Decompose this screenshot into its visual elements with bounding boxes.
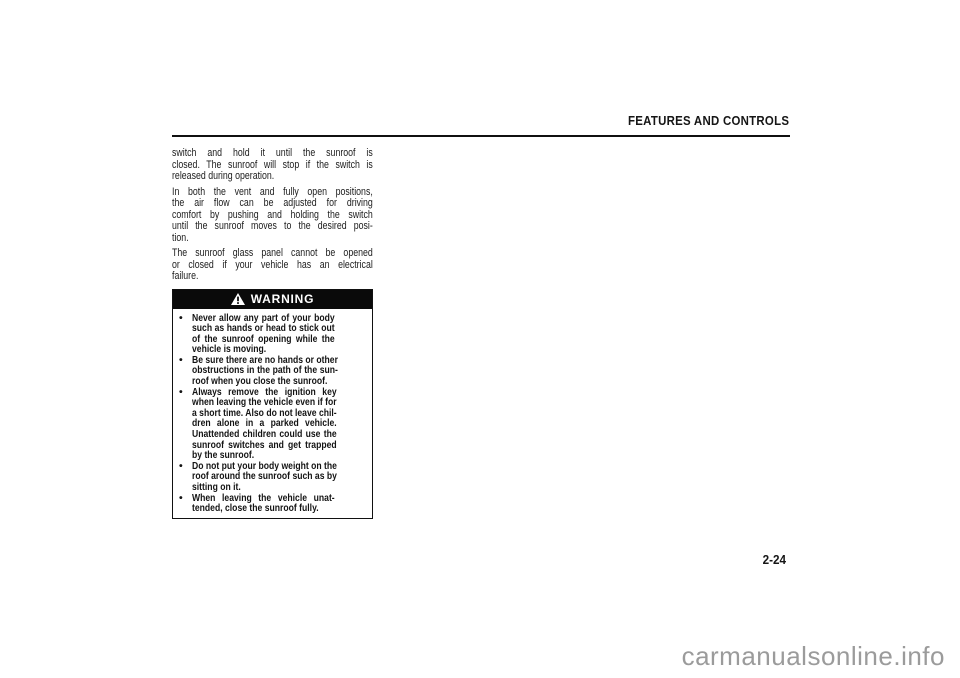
manual-page: FEATURES AND CONTROLS switch and hold it… [0,0,960,678]
text-line: Never allow any part of your body [192,313,335,324]
warning-box: WARNING • Never allow any part of your b… [172,289,373,519]
warning-item-lines: When leaving the vehicle unat-tended, cl… [192,493,335,514]
warning-header-bar: WARNING [173,290,372,309]
paragraph-lines: In both the vent and fully open position… [172,187,373,245]
paragraph-group: switch and hold it until the sunroof isc… [172,148,373,283]
text-line: sunroof switches and get trapped [192,440,337,451]
text-line: tion. [172,233,373,245]
bullet-marker: • [179,313,192,324]
warning-list-item: • Do not put your body weight on theroof… [179,461,366,493]
watermark: carmanualsonline.info [682,641,945,672]
text-line: tended, close the sunroof fully. [192,503,335,514]
warning-item-lines: Be sure there are no hands or otherobstr… [192,355,338,387]
paragraph: In both the vent and fully open position… [172,187,373,245]
warning-item-lines: Never allow any part of your bodysuch as… [192,313,335,355]
warning-list-item: • Be sure there are no hands or otherobs… [179,355,366,387]
text-line: until the sunroof moves to the desired p… [172,221,373,233]
text-line: When leaving the vehicle unat- [192,493,335,504]
text-line: or closed if your vehicle has an electri… [172,260,373,272]
paragraph: switch and hold it until the sunroof isc… [172,148,373,183]
page-number: 2-24 [763,552,786,567]
warning-title: WARNING [251,292,315,306]
warning-triangle-icon [231,293,245,305]
warning-list-item: • Always remove the ignition keywhen lea… [179,387,366,461]
page-header-title: FEATURES AND CONTROLS [628,113,789,128]
text-line: switch and hold it until the sunroof is [172,148,373,160]
paragraph-lines: switch and hold it until the sunroof isc… [172,148,373,183]
bullet-marker: • [179,493,192,504]
warning-list: • Never allow any part of your bodysuch … [173,309,372,518]
warning-list-item: • When leaving the vehicle unat-tended, … [179,493,366,514]
bullet-marker: • [179,461,192,472]
warning-list-item: • Never allow any part of your bodysuch … [179,313,366,355]
text-line: Be sure there are no hands or other [192,355,338,366]
header-rule [172,135,790,137]
body-column: switch and hold it until the sunroof isc… [172,148,373,519]
text-line: Do not put your body weight on the [192,461,337,472]
text-line: In both the vent and fully open position… [172,187,373,199]
warning-item-lines: Do not put your body weight on theroof a… [192,461,337,493]
text-line: comfort by pushing and holding the switc… [172,210,373,222]
text-line: The sunroof glass panel cannot be opened [172,248,373,260]
paragraph-lines: The sunroof glass panel cannot be opened… [172,248,373,283]
text-line: released during operation. [172,171,373,183]
text-line: failure. [172,271,373,283]
bullet-marker: • [179,387,192,398]
warning-item-lines: Always remove the ignition keywhen leavi… [192,387,337,461]
paragraph: The sunroof glass panel cannot be opened… [172,248,373,283]
bullet-marker: • [179,355,192,366]
text-line: Always remove the ignition key [192,387,337,398]
